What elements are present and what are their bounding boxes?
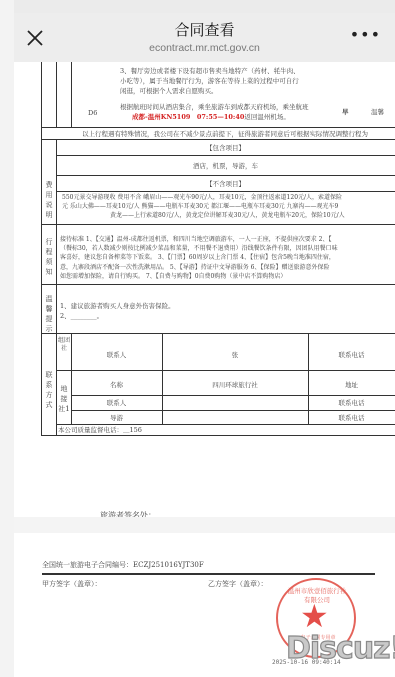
tips-list: 1、建议旅游者购买人身意外伤害保险。 2、________。 bbox=[60, 301, 175, 321]
more-button[interactable]: ••• bbox=[350, 30, 381, 40]
itinerary-note: 以上行程遇有特殊情况，我公司在不减少景点前提下，征得旅游者同意后可根据实际情况调… bbox=[82, 129, 395, 139]
itinerary-text: 根据航班时间从酒店集合，乘坐旅游车到成都天府机场，乘坐航班 bbox=[120, 102, 350, 112]
contract-page-2[interactable]: 全国统一旅游电子合同编号：ECZJ251016YJT30F 甲方签字（盖章）： … bbox=[14, 533, 395, 677]
tourist-signature-label: 旅游者签名处： bbox=[100, 510, 156, 517]
notice-line: 接待标准 1、【交通】温州-成都往返机票，和四川当地空调旅游车，一人一正座，不提… bbox=[60, 235, 395, 244]
organizer-label: 组团社 bbox=[58, 337, 70, 353]
more-icon: ••• bbox=[350, 25, 381, 44]
excluded-text: 黄龙——上行索道80元/人，黄龙定位讲解耳麦30元/人，黄龙电瓶车20元，保险1… bbox=[62, 211, 395, 220]
left-gutter bbox=[0, 0, 14, 677]
hotel-label: 温馨 bbox=[371, 107, 384, 117]
organizer-phone-label: 联系电话 bbox=[308, 350, 395, 360]
included-header: 【包含项目】 bbox=[56, 143, 395, 153]
itinerary-text: 3、餐厅旁边或者楼下设有超市售卖当地特产（药材、牦牛肉、 bbox=[120, 66, 350, 76]
table-border bbox=[41, 333, 395, 334]
table-border bbox=[56, 155, 395, 156]
tip-item: 2、________。 bbox=[60, 311, 175, 321]
organizer-contact-label: 联系人 bbox=[71, 350, 162, 360]
party-a-signature-label: 甲方签字（盖章）： bbox=[42, 579, 102, 589]
table-border bbox=[56, 370, 395, 371]
contacts-section-label: 联系方式 bbox=[43, 370, 55, 410]
day-label: D6 bbox=[88, 108, 97, 118]
local-contact-label: 联系人 bbox=[71, 398, 162, 408]
notice-line: 客喜好，建议您自备榨菜等下饭菜。 3、【门票】60周岁以上含门票 4、【住宿】包… bbox=[60, 253, 395, 262]
excluded-text: 元 乐山大佛——耳麦10元/人 熊猫——电瓶车耳麦30元 都江堰——电瓶车耳麦3… bbox=[62, 202, 395, 211]
local-address-label: 地址 bbox=[308, 380, 395, 390]
excluded-text: 550元景交导游现收 费用不含 峨眉山——观光车90元/人，耳麦10元，金顶往返… bbox=[62, 193, 395, 202]
status-bar-strip bbox=[0, 0, 395, 13]
party-b-signature-label: 乙方签字（盖章）： bbox=[208, 579, 268, 589]
notice-section-label: 行程须知 bbox=[43, 237, 55, 277]
divider bbox=[42, 573, 375, 575]
table-border bbox=[41, 284, 395, 285]
included-items: 酒店，机票，导游，车 bbox=[56, 161, 395, 171]
notice-text: 接待标准 1、【交通】温州-成都往返机票，和四川当地空调旅游车，一人一正座，不提… bbox=[60, 235, 395, 281]
itinerary-text: 闲逛，可根据个人需求自愿购买。 bbox=[120, 86, 350, 96]
contract-number: 全国统一旅游电子合同编号：ECZJ251016YJT30F bbox=[42, 560, 204, 570]
fees-section-label: 费用说明 bbox=[43, 180, 55, 220]
navigation-bar: 合同查看 econtract.mr.mct.gov.cn ••• bbox=[14, 13, 395, 62]
excluded-items: 550元景交导游现收 费用不含 峨眉山——观光车90元/人，耳麦10元，金顶往返… bbox=[62, 193, 395, 220]
tip-item: 1、建议旅游者购买人身意外伤害保险。 bbox=[60, 301, 175, 311]
notice-line: （餐标30，若人数减少则按比例减少菜品和菜量，不用餐不退费用）沿线餐饮条件有限，… bbox=[60, 244, 395, 253]
page-url: econtract.mr.mct.gov.cn bbox=[14, 42, 395, 54]
meal-label: 早 bbox=[342, 107, 349, 117]
itinerary-text: 返回温州机场。 bbox=[244, 113, 290, 121]
local-agency-label: 地接社1 bbox=[58, 384, 70, 414]
notice-line: 如您需增加保险，请自行购买。 7、【自费与购物】0自费0购物（景中店不算购物店） bbox=[60, 272, 395, 281]
table-border bbox=[71, 410, 395, 411]
itinerary-item-3: 3、餐厅旁边或者楼下设有超市售卖当地特产（药材、牦牛肉、 小吃等），属于当地餐厅… bbox=[120, 66, 350, 96]
itinerary-text: 小吃等），属于当地餐厅行为，游客在等待上菜的过程中可自行 bbox=[120, 76, 350, 86]
watermark-logo: Discuz! bbox=[286, 631, 395, 666]
page-title: 合同查看 bbox=[14, 19, 395, 40]
table-border bbox=[71, 395, 395, 396]
excluded-header: 【不含项目】 bbox=[56, 179, 395, 189]
table-border bbox=[41, 224, 395, 225]
local-contact-phone-label: 联系电话 bbox=[308, 398, 395, 408]
table-border bbox=[71, 62, 72, 127]
itinerary-day6: 根据航班时间从酒店集合，乘坐旅游车到成都天府机场，乘坐航班 成都-温州KN510… bbox=[120, 102, 350, 122]
table-border bbox=[41, 139, 395, 140]
supervision-phone: 本公司质量监督电话：＿156 bbox=[58, 425, 142, 435]
local-guide-label: 导游 bbox=[71, 413, 162, 423]
notice-line: 意，九寨段酒店不配备一次性洗漱用品。 5、【导游】持证中文导游服务 6、【保险】… bbox=[60, 263, 395, 272]
local-guide-phone-label: 联系电话 bbox=[308, 413, 395, 423]
local-name-value: 四川环球旅行社 bbox=[162, 380, 308, 390]
organizer-contact-value: 张 bbox=[162, 350, 308, 360]
flight-info: 成都-温州KN5109 07:55—10:40 bbox=[132, 113, 244, 121]
contract-page-1[interactable]: 3、餐厅旁边或者楼下设有超市售卖当地特产（药材、牦牛肉、 小吃等），属于当地餐厅… bbox=[14, 62, 395, 517]
table-border bbox=[56, 62, 57, 127]
star-icon: ★ bbox=[300, 600, 329, 632]
local-name-label: 名称 bbox=[71, 380, 162, 390]
table-border bbox=[56, 175, 395, 176]
table-border bbox=[41, 435, 395, 436]
tips-section-label: 温馨提示 bbox=[43, 294, 55, 334]
